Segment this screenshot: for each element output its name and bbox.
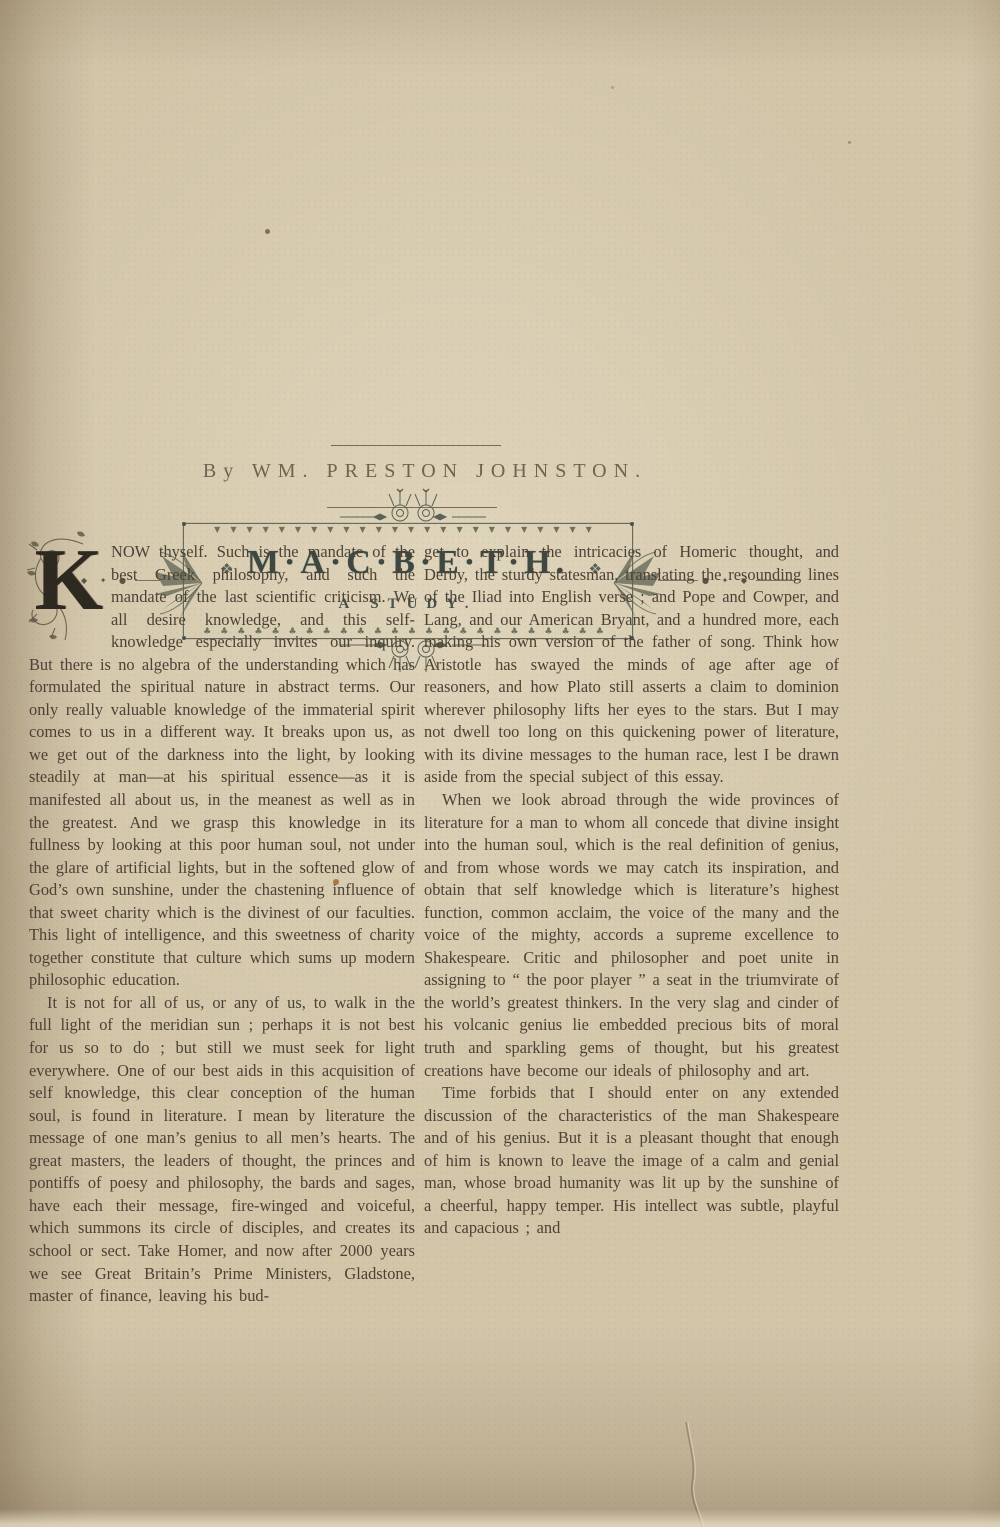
dropcap: K	[29, 542, 103, 632]
byline: By WM. PRESTON JOHNSTON.	[175, 460, 675, 483]
paragraph: K NOW thyself. Such is the mandate of th…	[29, 541, 415, 992]
frame-corner-dot	[630, 522, 634, 526]
byline-rule-top	[331, 445, 501, 446]
frame-corner-dot	[182, 522, 186, 526]
ink-speck	[611, 86, 614, 89]
column-left: K NOW thyself. Such is the mandate of th…	[29, 541, 415, 1308]
dropcap-letter: K	[35, 536, 103, 626]
paragraph: It is not for all of us, or any of us, t…	[29, 992, 415, 1308]
ink-speck	[265, 229, 270, 234]
byline-rule-bottom	[327, 507, 497, 508]
article-body: K NOW thyself. Such is the mandate of th…	[29, 541, 839, 1308]
column-right: get to explain the intricacies of Homeri…	[424, 541, 839, 1308]
paragraph: When we look abroad through the wide pro…	[424, 789, 839, 1082]
title-banner: ▼▼▼▼▼▼▼▼▼▼▼▼▼▼▼▼▼▼▼▼▼▼▼▼ M·A·C·B·E·T·H. …	[0, 240, 1000, 440]
paragraph: get to explain the intricacies of Homeri…	[424, 541, 839, 789]
page-bottom-edge	[0, 1509, 1000, 1527]
paragraph: Time forbids that I should enter on any …	[424, 1082, 839, 1240]
banner-ornament-row-top: ▼▼▼▼▼▼▼▼▼▼▼▼▼▼▼▼▼▼▼▼▼▼▼▼	[188, 525, 628, 534]
ink-speck	[848, 141, 851, 144]
paper-crease	[640, 1360, 760, 1527]
scanned-document-page: ▼▼▼▼▼▼▼▼▼▼▼▼▼▼▼▼▼▼▼▼▼▼▼▼ M·A·C·B·E·T·H. …	[0, 0, 1000, 1527]
